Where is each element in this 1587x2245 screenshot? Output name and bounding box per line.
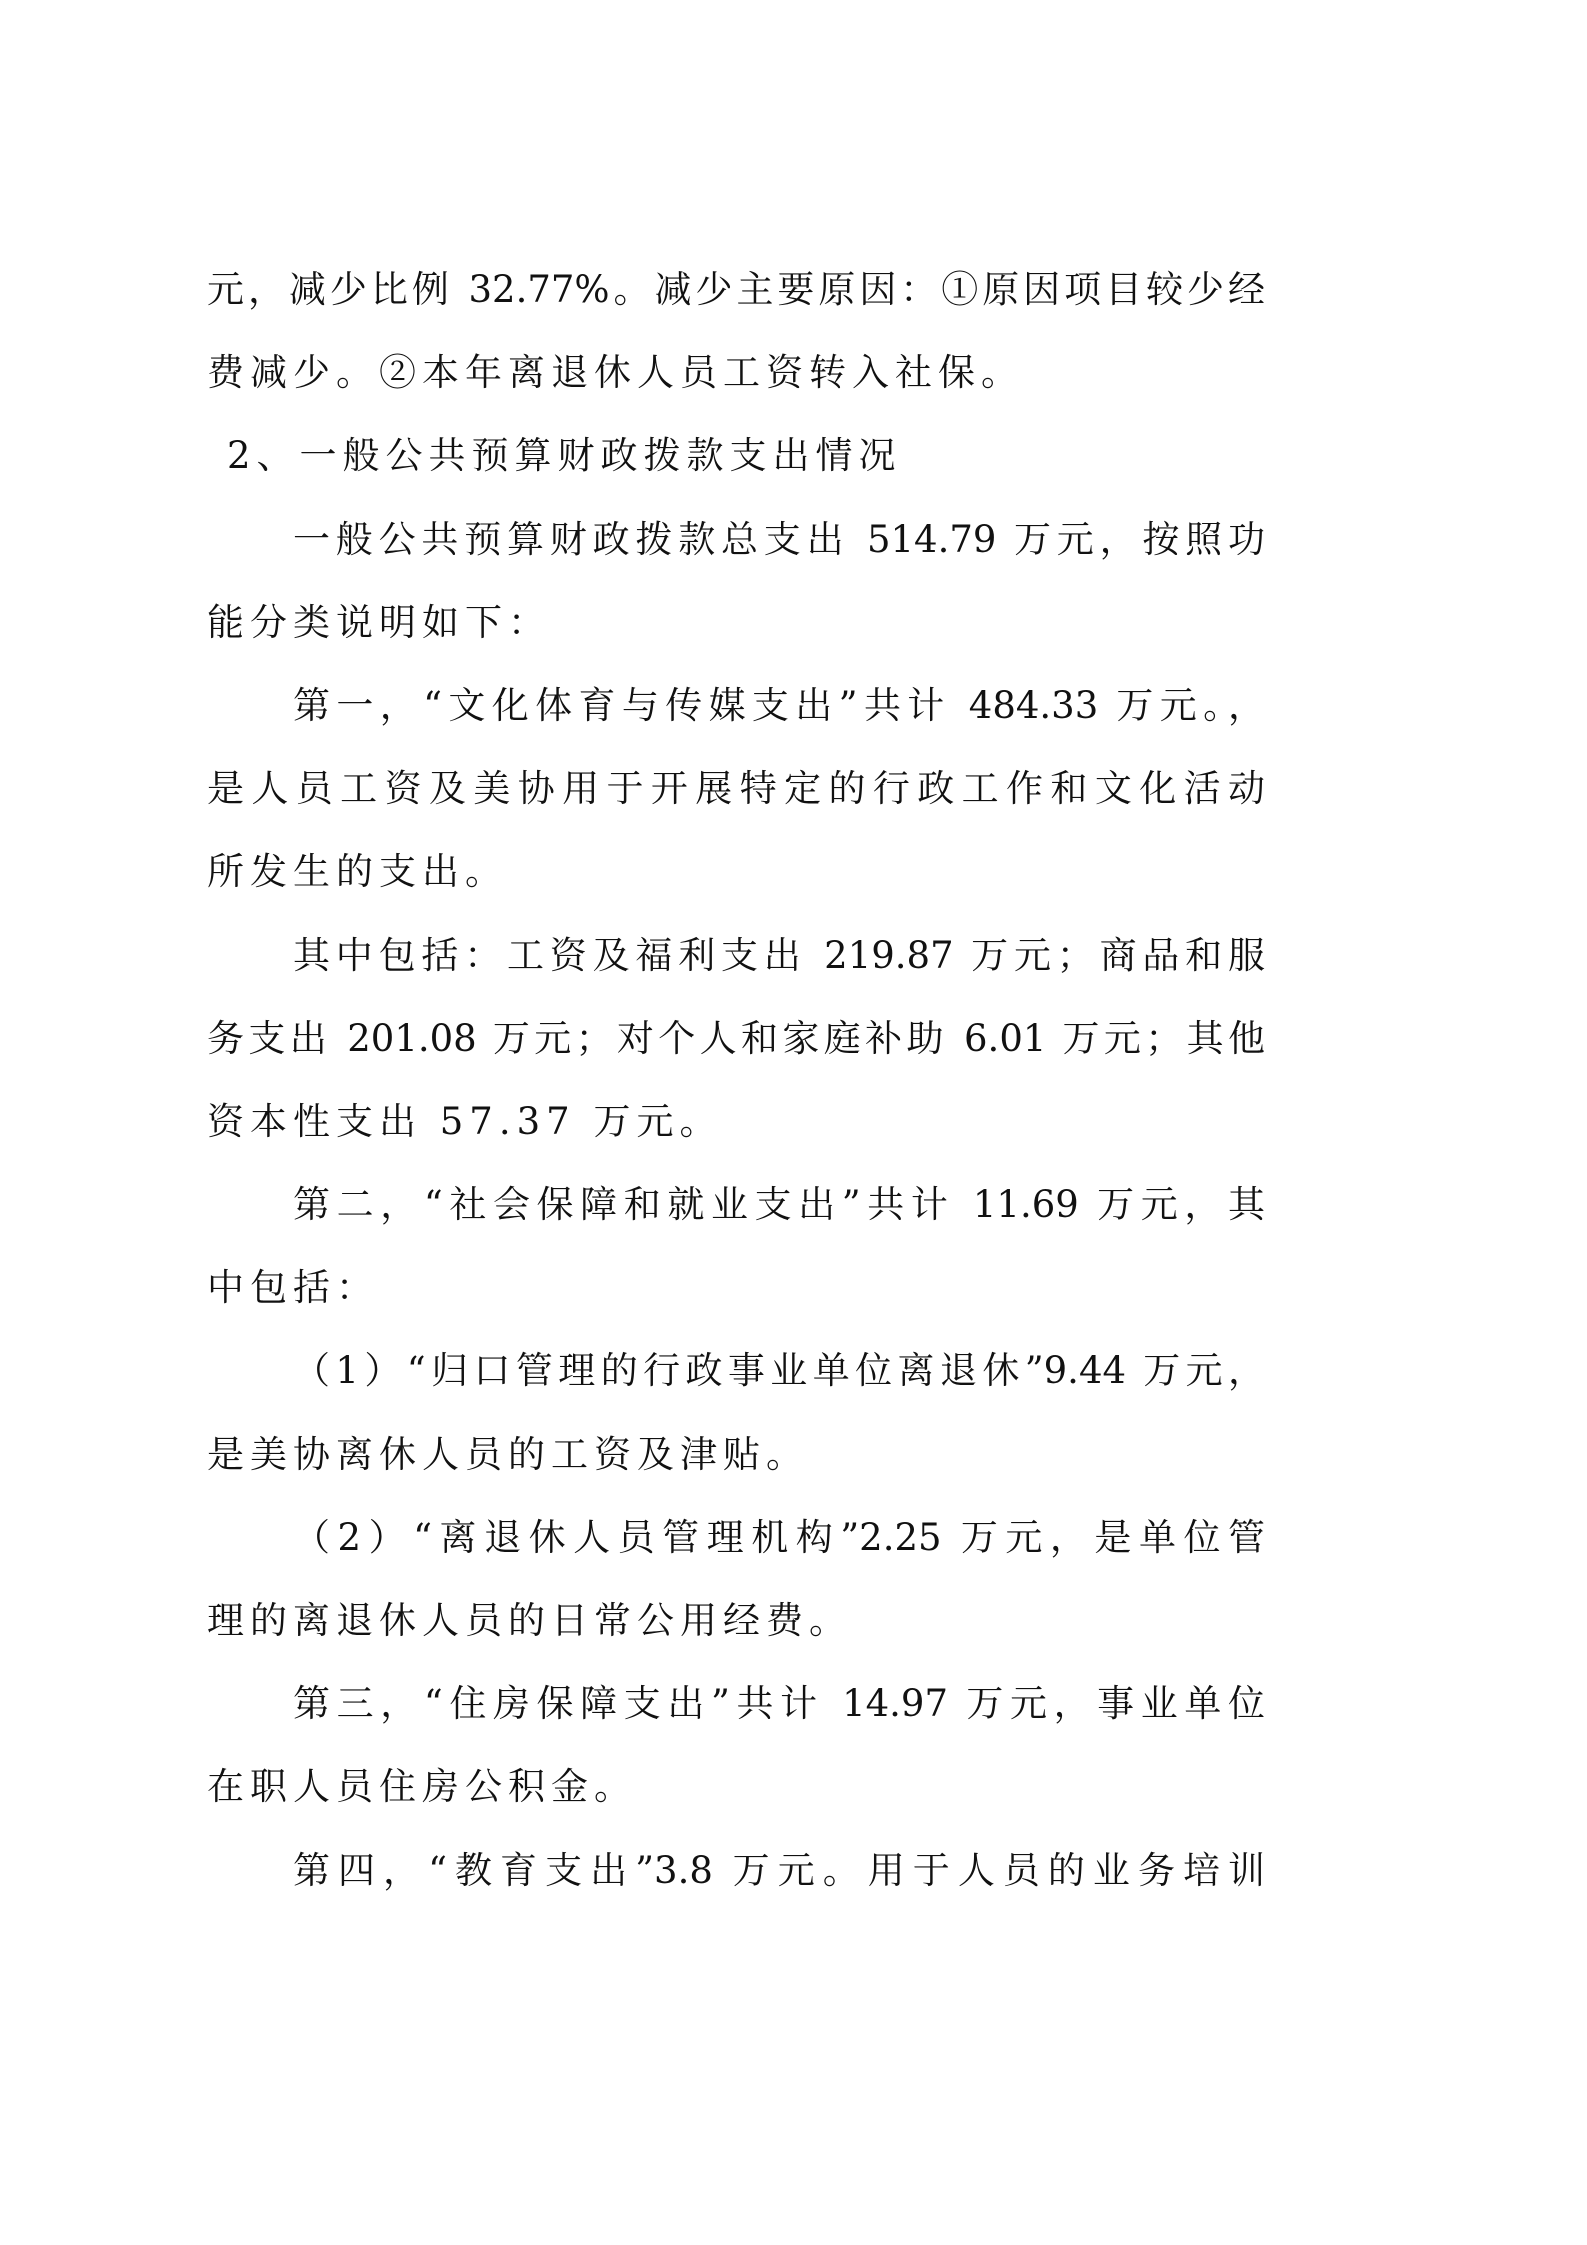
paragraph-line: 务支出 201.08 万元；对个人和家庭补助 6.01 万元；其他 <box>207 997 1265 1080</box>
paragraph-line: 第一，“文化体育与传媒支出”共计 484.33 万元。， <box>207 664 1265 747</box>
paragraph-line: 一般公共预算财政拨款总支出 514.79 万元，按照功 <box>207 498 1265 581</box>
paragraph-line: 能分类说明如下： <box>207 581 1265 664</box>
paragraph-line: 中包括： <box>207 1246 1265 1329</box>
section-heading: 2、一般公共预算财政拨款支出情况 <box>207 414 1265 497</box>
paragraph-line: 理的离退休人员的日常公用经费。 <box>207 1579 1265 1662</box>
paragraph-line: 在职人员住房公积金。 <box>207 1745 1265 1828</box>
paragraph-line: （2）“离退休人员管理机构”2.25 万元，是单位管 <box>207 1496 1265 1579</box>
body-text: 元，减少比例 32.77%。减少主要原因：①原因项目较少经 费减少。②本年离退休… <box>207 248 1265 1912</box>
paragraph-line: 是美协离休人员的工资及津贴。 <box>207 1413 1265 1496</box>
paragraph-line: 其中包括：工资及福利支出 219.87 万元；商品和服 <box>207 914 1265 997</box>
paragraph-line: 所发生的支出。 <box>207 830 1265 913</box>
paragraph-line: 第三，“住房保障支出”共计 14.97 万元，事业单位 <box>207 1662 1265 1745</box>
document-page: 元，减少比例 32.77%。减少主要原因：①原因项目较少经 费减少。②本年离退休… <box>0 0 1587 2245</box>
paragraph-line: 费减少。②本年离退休人员工资转入社保。 <box>207 331 1265 414</box>
paragraph-line: 第四，“教育支出”3.8 万元。用于人员的业务培训 <box>207 1829 1265 1912</box>
paragraph-line: 第二，“社会保障和就业支出”共计 11.69 万元，其 <box>207 1163 1265 1246</box>
paragraph-line: 是人员工资及美协用于开展特定的行政工作和文化活动 <box>207 747 1265 830</box>
paragraph-line: （1）“归口管理的行政事业单位离退休”9.44 万元， <box>207 1329 1265 1412</box>
paragraph-line: 资本性支出 57.37 万元。 <box>207 1080 1265 1163</box>
paragraph-line: 元，减少比例 32.77%。减少主要原因：①原因项目较少经 <box>207 248 1265 331</box>
